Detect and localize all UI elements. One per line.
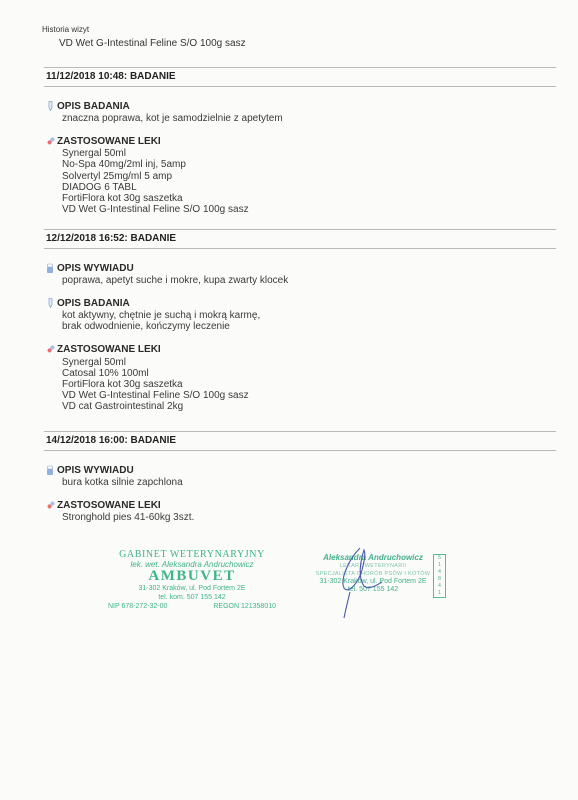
- section-body: Stronghold pies 41-60kg 3szt.: [62, 512, 556, 523]
- carried-over-medication: VD Wet G-Intestinal Feline S/O 100g sasz: [59, 38, 246, 49]
- section-line: FortiFlora kot 30g saszetka: [62, 379, 556, 390]
- section-body: Synergal 50mlNo-Spa 40mg/2ml inj, 5ampSo…: [62, 148, 556, 215]
- stamp-box-char: 4: [434, 583, 445, 590]
- visit-section: ZASTOSOWANE LEKI Synergal 50mlCatosal 10…: [46, 343, 556, 413]
- section-line: Synergal 50ml: [62, 148, 556, 159]
- section-title: OPIS BADANIA: [57, 101, 130, 112]
- section-line: bura kotka silnie zapchlona: [62, 477, 556, 488]
- visit-section: OPIS WYWIADU poprawa, apetyt suche i mok…: [46, 261, 556, 286]
- section-line: Synergal 50ml: [62, 357, 556, 368]
- stamp-box-char: 1: [434, 590, 445, 597]
- medication-icon: [46, 136, 55, 147]
- visit-entry: 12/12/2018 16:52: BADANIE OPIS WYWIADU p…: [44, 229, 556, 413]
- section-title: ZASTOSOWANE LEKI: [57, 344, 161, 355]
- doctor-stamp-number-box: 514841: [433, 554, 446, 598]
- visit-section: OPIS WYWIADU bura kotka silnie zapchlona: [46, 463, 556, 488]
- section-line: brak odwodnienie, kończymy leczenie: [62, 321, 556, 332]
- section-body: kot aktywny, chętnie je suchą i mokrą ka…: [62, 310, 556, 332]
- visit-header: 11/12/2018 10:48: BADANIE: [44, 67, 556, 87]
- visit-entry: 11/12/2018 10:48: BADANIE OPIS BADANIA z…: [44, 67, 556, 215]
- section-line: Stronghold pies 41-60kg 3szt.: [62, 512, 556, 523]
- stamp-box-char: 5: [434, 555, 445, 562]
- clinic-regon: REGON 121358010: [213, 602, 276, 611]
- visit-section: ZASTOSOWANE LEKI Synergal 50mlNo-Spa 40m…: [46, 134, 556, 215]
- section-line: Solvertyl 25mg/ml 5 amp: [62, 171, 556, 182]
- exam-icon: [46, 298, 55, 309]
- section-line: Catosal 10% 100ml: [62, 368, 556, 379]
- section-line: poprawa, apetyt suche i mokre, kupa zwar…: [62, 275, 556, 286]
- section-title: OPIS WYWIADU: [57, 465, 134, 476]
- stamp-box-char: 8: [434, 576, 445, 583]
- section-line: VD Wet G-Intestinal Feline S/O 100g sasz: [62, 204, 556, 215]
- section-body: bura kotka silnie zapchlona: [62, 477, 556, 488]
- section-body: poprawa, apetyt suche i mokre, kupa zwar…: [62, 275, 556, 286]
- clinic-brand: AMBUVET: [106, 569, 278, 584]
- medication-icon: [46, 344, 55, 355]
- section-line: kot aktywny, chętnie je suchą i mokrą ka…: [62, 310, 556, 321]
- medication-icon: [46, 500, 55, 511]
- section-body: Synergal 50mlCatosal 10% 100mlFortiFlora…: [62, 357, 556, 413]
- visit-section: ZASTOSOWANE LEKI Stronghold pies 41-60kg…: [46, 498, 556, 523]
- section-line: VD cat Gastrointestinal 2kg: [62, 401, 556, 412]
- clinic-nip: NIP 678-272-32-00: [108, 602, 167, 611]
- visit-section: OPIS BADANIA znaczna poprawa, kot je sam…: [46, 99, 556, 124]
- signature: [330, 540, 390, 620]
- section-title: OPIS WYWIADU: [57, 263, 134, 274]
- section-title: ZASTOSOWANE LEKI: [57, 136, 161, 147]
- section-line: DIADOG 6 TABL: [62, 182, 556, 193]
- clinic-address: 31-302 Kraków, ul. Pod Fortem 2E: [106, 584, 278, 593]
- section-title: ZASTOSOWANE LEKI: [57, 500, 161, 511]
- visit-section: OPIS BADANIA kot aktywny, chętnie je suc…: [46, 296, 556, 332]
- visit-header: 14/12/2018 16:00: BADANIE: [44, 431, 556, 451]
- page-title: Historia wizyt: [42, 25, 89, 34]
- section-line: VD Wet G-Intestinal Feline S/O 100g sasz: [62, 390, 556, 401]
- stamp-box-char: 1: [434, 562, 445, 569]
- clinic-phone: tel. kom. 507 155 142: [106, 593, 278, 602]
- section-line: No-Spa 40mg/2ml inj, 5amp: [62, 159, 556, 170]
- clinic-stamp: GABINET WETERYNARYJNY lek. wet. Aleksand…: [106, 549, 278, 611]
- section-line: znaczna poprawa, kot je samodzielnie z a…: [62, 113, 556, 124]
- visit-header: 12/12/2018 16:52: BADANIE: [44, 229, 556, 249]
- interview-icon: [46, 263, 55, 274]
- visit-entry: 14/12/2018 16:00: BADANIE OPIS WYWIADU b…: [44, 431, 556, 523]
- stamp-box-char: 4: [434, 569, 445, 576]
- section-body: znaczna poprawa, kot je samodzielnie z a…: [62, 113, 556, 124]
- section-title: OPIS BADANIA: [57, 298, 130, 309]
- clinic-name: GABINET WETERYNARYJNY: [106, 549, 278, 560]
- interview-icon: [46, 465, 55, 476]
- section-line: FortiFlora kot 30g saszetka: [62, 193, 556, 204]
- exam-icon: [46, 101, 55, 112]
